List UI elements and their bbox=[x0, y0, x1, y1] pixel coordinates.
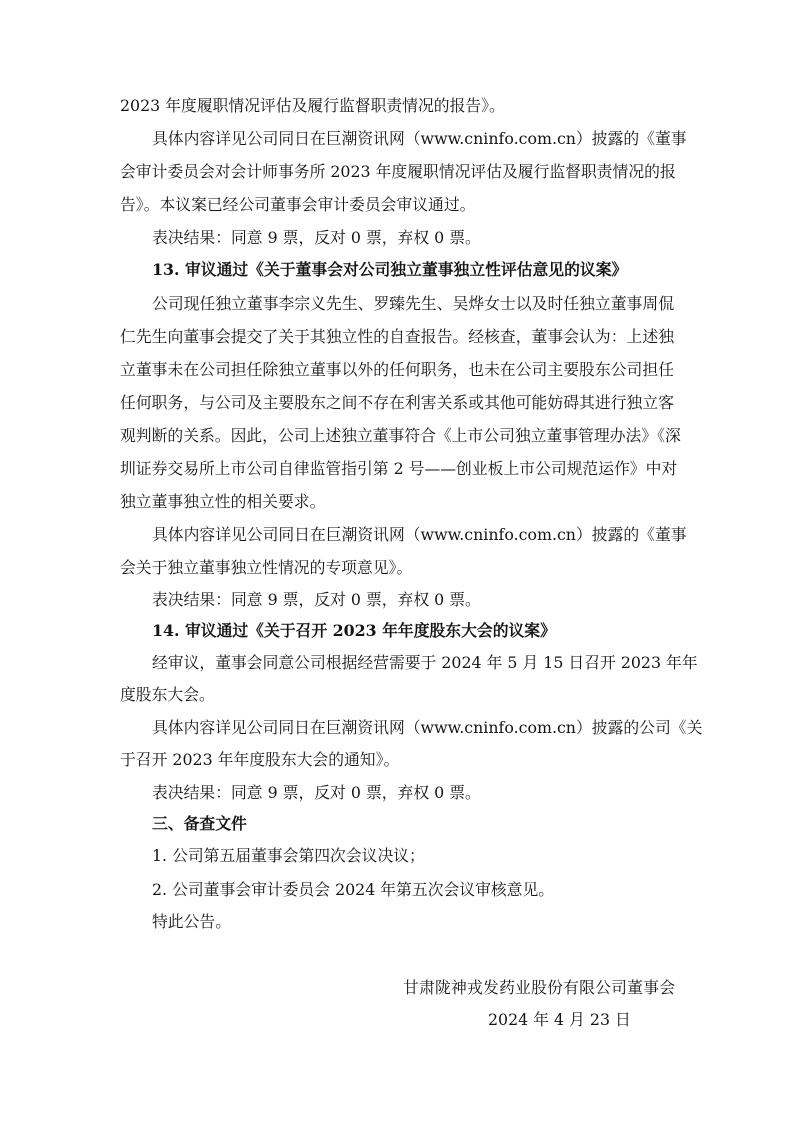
resolution-12-details-line: 具体内容详见公司同日在巨潮资讯网（www.cninfo.com.cn）披露的《董… bbox=[152, 122, 674, 155]
signature-date: 2024 年 4 月 23 日 bbox=[488, 1003, 631, 1036]
resolution-12-details-line: 告》。本议案已经公司董事会审计委员会审议通过。 bbox=[120, 188, 674, 221]
resolution-13-title: 13. 审议通过《关于董事会对公司独立董事独立性评估意见的议案》 bbox=[152, 253, 674, 286]
closing-statement: 特此公告。 bbox=[152, 905, 674, 938]
resolution-13-vote-result: 表决结果：同意 9 票，反对 0 票，弃权 0 票。 bbox=[152, 583, 674, 616]
resolution-13-details-line: 会关于独立董事独立性情况的专项意见》。 bbox=[120, 551, 674, 584]
resolution-13-review-line: 公司现任独立董事李宗义先生、罗臻先生、吴烨女士以及时任独立董事周侃 bbox=[152, 287, 674, 320]
resolution-13-review-line: 独立董事独立性的相关要求。 bbox=[120, 485, 674, 518]
resolution-14-details-line: 于召开 2023 年年度股东大会的通知》。 bbox=[120, 743, 674, 776]
resolution-14-title: 14. 审议通过《关于召开 2023 年年度股东大会的议案》 bbox=[152, 614, 674, 647]
reference-file-item: 2. 公司董事会审计委员会 2024 年第五次会议审核意见。 bbox=[152, 873, 674, 906]
resolution-12-details-line: 会审计委员会对会计师事务所 2023 年度履职情况评估及履行监督职责情况的报 bbox=[120, 155, 674, 188]
resolution-13-review-line: 任何职务，与公司及主要股东之间不存在利害关系或其他可能妨碍其进行独立客 bbox=[120, 386, 674, 419]
signature-company: 甘肃陇神戎发药业股份有限公司董事会 bbox=[403, 971, 675, 1004]
resolution-13-review-line: 观判断的关系。因此，公司上述独立董事符合《上市公司独立董事管理办法》《深 bbox=[120, 419, 674, 452]
resolution-13-review-line: 圳证券交易所上市公司自律监管指引第 2 号——创业板上市公司规范运作》中对 bbox=[120, 452, 674, 485]
resolution-14-details-line: 具体内容详见公司同日在巨潮资讯网（www.cninfo.com.cn）披露的公司… bbox=[152, 711, 674, 744]
resolution-13-review-line: 仁先生向董事会提交了关于其独立性的自查报告。经核查，董事会认为：上述独 bbox=[120, 320, 674, 353]
document-page: 2023 年度履职情况评估及履行监督职责情况的报告》。 具体内容详见公司同日在巨… bbox=[0, 0, 794, 1122]
resolution-14-review-line: 度股东大会。 bbox=[120, 678, 674, 711]
resolution-12-report-title-tail: 2023 年度履职情况评估及履行监督职责情况的报告》。 bbox=[120, 89, 674, 122]
resolution-14-vote-result: 表决结果：同意 9 票，反对 0 票，弃权 0 票。 bbox=[152, 776, 674, 809]
section-3-title: 三、备查文件 bbox=[152, 807, 674, 840]
resolution-13-review-line: 立董事未在公司担任除独立董事以外的任何职务，也未在公司主要股东公司担任 bbox=[120, 353, 674, 386]
resolution-14-review-line: 经审议，董事会同意公司根据经营需要于 2024 年 5 月 15 日召开 202… bbox=[152, 646, 674, 679]
reference-file-item: 1. 公司第五届董事会第四次会议决议； bbox=[152, 839, 674, 872]
resolution-13-details-line: 具体内容详见公司同日在巨潮资讯网（www.cninfo.com.cn）披露的《董… bbox=[152, 518, 674, 551]
resolution-12-vote-result: 表决结果：同意 9 票，反对 0 票，弃权 0 票。 bbox=[152, 221, 674, 254]
